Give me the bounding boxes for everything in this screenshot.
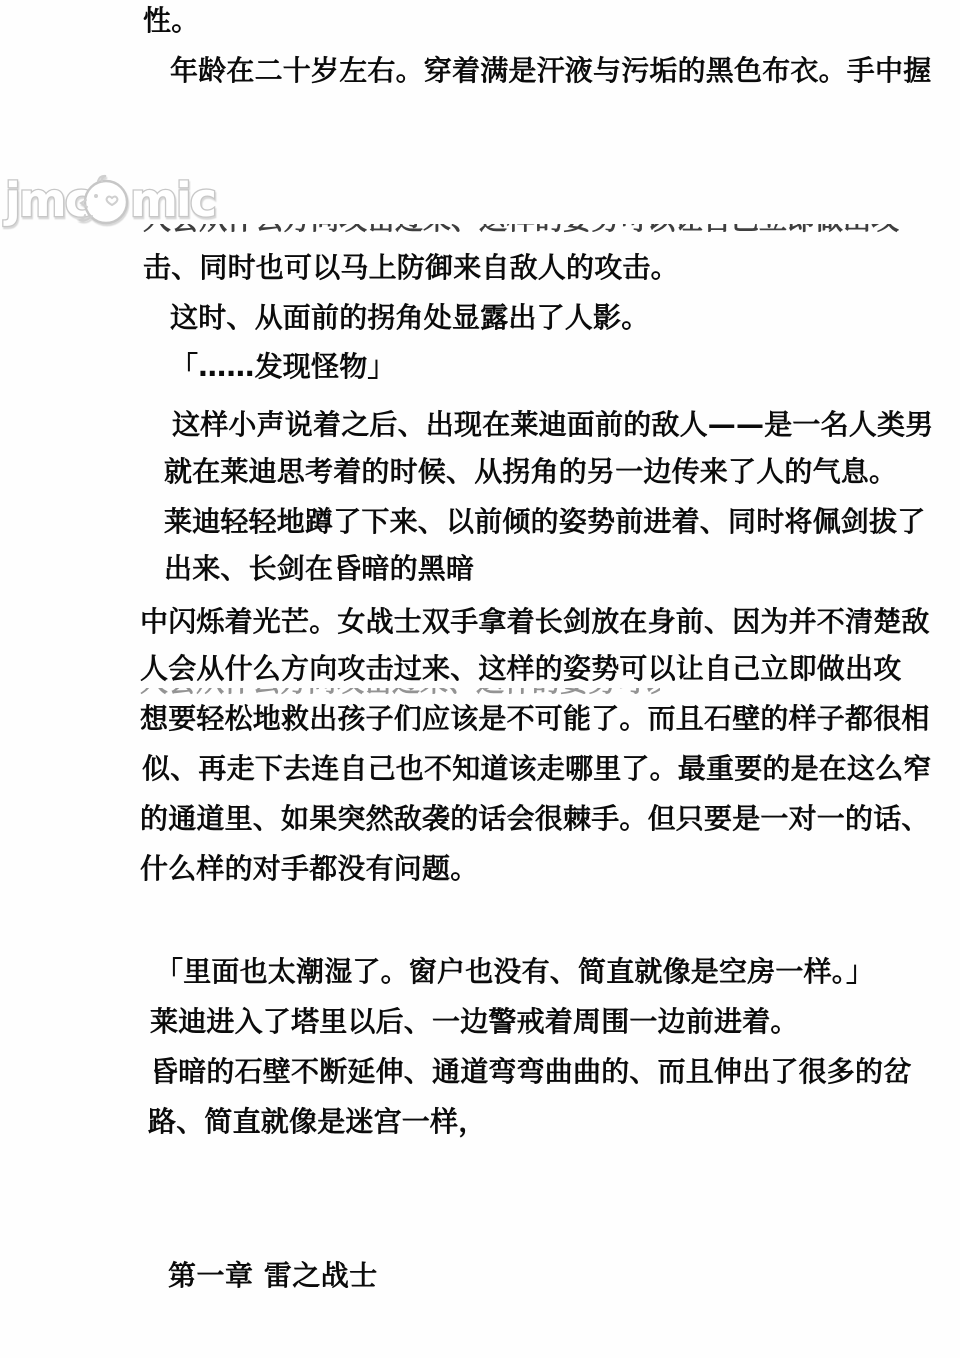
text-line: 中闪烁着光芒。女战士双手拿着长剑放在身前、因为并不清楚敌 <box>140 607 930 637</box>
text-line: 什么样的对手都没有问题。 <box>140 854 478 884</box>
stitch-artifact-text: 人会从什么方向攻击过来、这样的姿势可以让自己立即做出攻 <box>140 688 660 696</box>
text-line: 似、再走下去连自己也不知道该走哪里了。最重要的是在这么窄 <box>142 754 932 784</box>
text-line: 莱迪进入了塔里以后、一边警戒着周围一边前进着。 <box>150 1007 799 1037</box>
text-line: 路、简直就像是迷宫一样， <box>148 1107 486 1137</box>
stitch-artifact-text: 人会从什么方向攻击过来、这样的姿势可以让自己立即做出攻 <box>143 224 933 235</box>
text-line: 这样小声说着之后、出现在莱迪面前的敌人——是一名人类男 <box>172 410 933 440</box>
text-line: 莱迪轻轻地蹲了下来、以前倾的姿势前进着、同时将佩剑拔了 <box>164 507 925 537</box>
text-line: 性。 <box>143 6 199 36</box>
novel-text-page: jmc mic 人会从什么方向攻击过来、这样的姿势可以让自己立即做出攻 人会从什… <box>0 0 960 1358</box>
text-line: 年龄在二十岁左右。穿着满是汗液与污垢的黑色布衣。手中握 <box>170 56 931 86</box>
watermark-text-right: mic <box>130 173 215 227</box>
text-line: 就在莱迪思考着的时候、从拐角的另一边传来了人的气息。 <box>164 457 897 487</box>
chapter-heading: 第一章 雷之战士 <box>168 1260 378 1292</box>
watermark-text-left: jmc <box>3 173 90 227</box>
text-line: 想要轻松地救出孩子们应该是不可能了。而且石壁的样子都很相 <box>140 704 930 734</box>
text-line: 「……发现怪物」 <box>170 352 396 382</box>
stitch-artifact-row: 人会从什么方向攻击过来、这样的姿势可以让自己立即做出攻 <box>140 688 660 696</box>
stitch-artifact-row: 人会从什么方向攻击过来、这样的姿势可以让自己立即做出攻 <box>143 224 933 235</box>
text-line: 这时、从面前的拐角处显露出了人影。 <box>170 303 649 333</box>
text-line: 「里面也太潮湿了。窗户也没有、简直就像是空房一样。」 <box>155 957 874 987</box>
text-line: 出来、长剑在昏暗的黑暗 <box>164 554 474 584</box>
text-line: 人会从什么方向攻击过来、这样的姿势可以让自己立即做出攻 <box>140 654 901 684</box>
text-line: 昏暗的石壁不断延伸、通道弯弯曲曲的、而且伸出了很多的岔 <box>150 1057 911 1087</box>
text-line: 的通道里、如果突然敌袭的话会很棘手。但只要是一对一的话、 <box>140 804 930 834</box>
text-line: 击、同时也可以马上防御来自敌人的攻击。 <box>143 253 679 283</box>
jmcomic-watermark: jmc mic <box>2 170 217 230</box>
